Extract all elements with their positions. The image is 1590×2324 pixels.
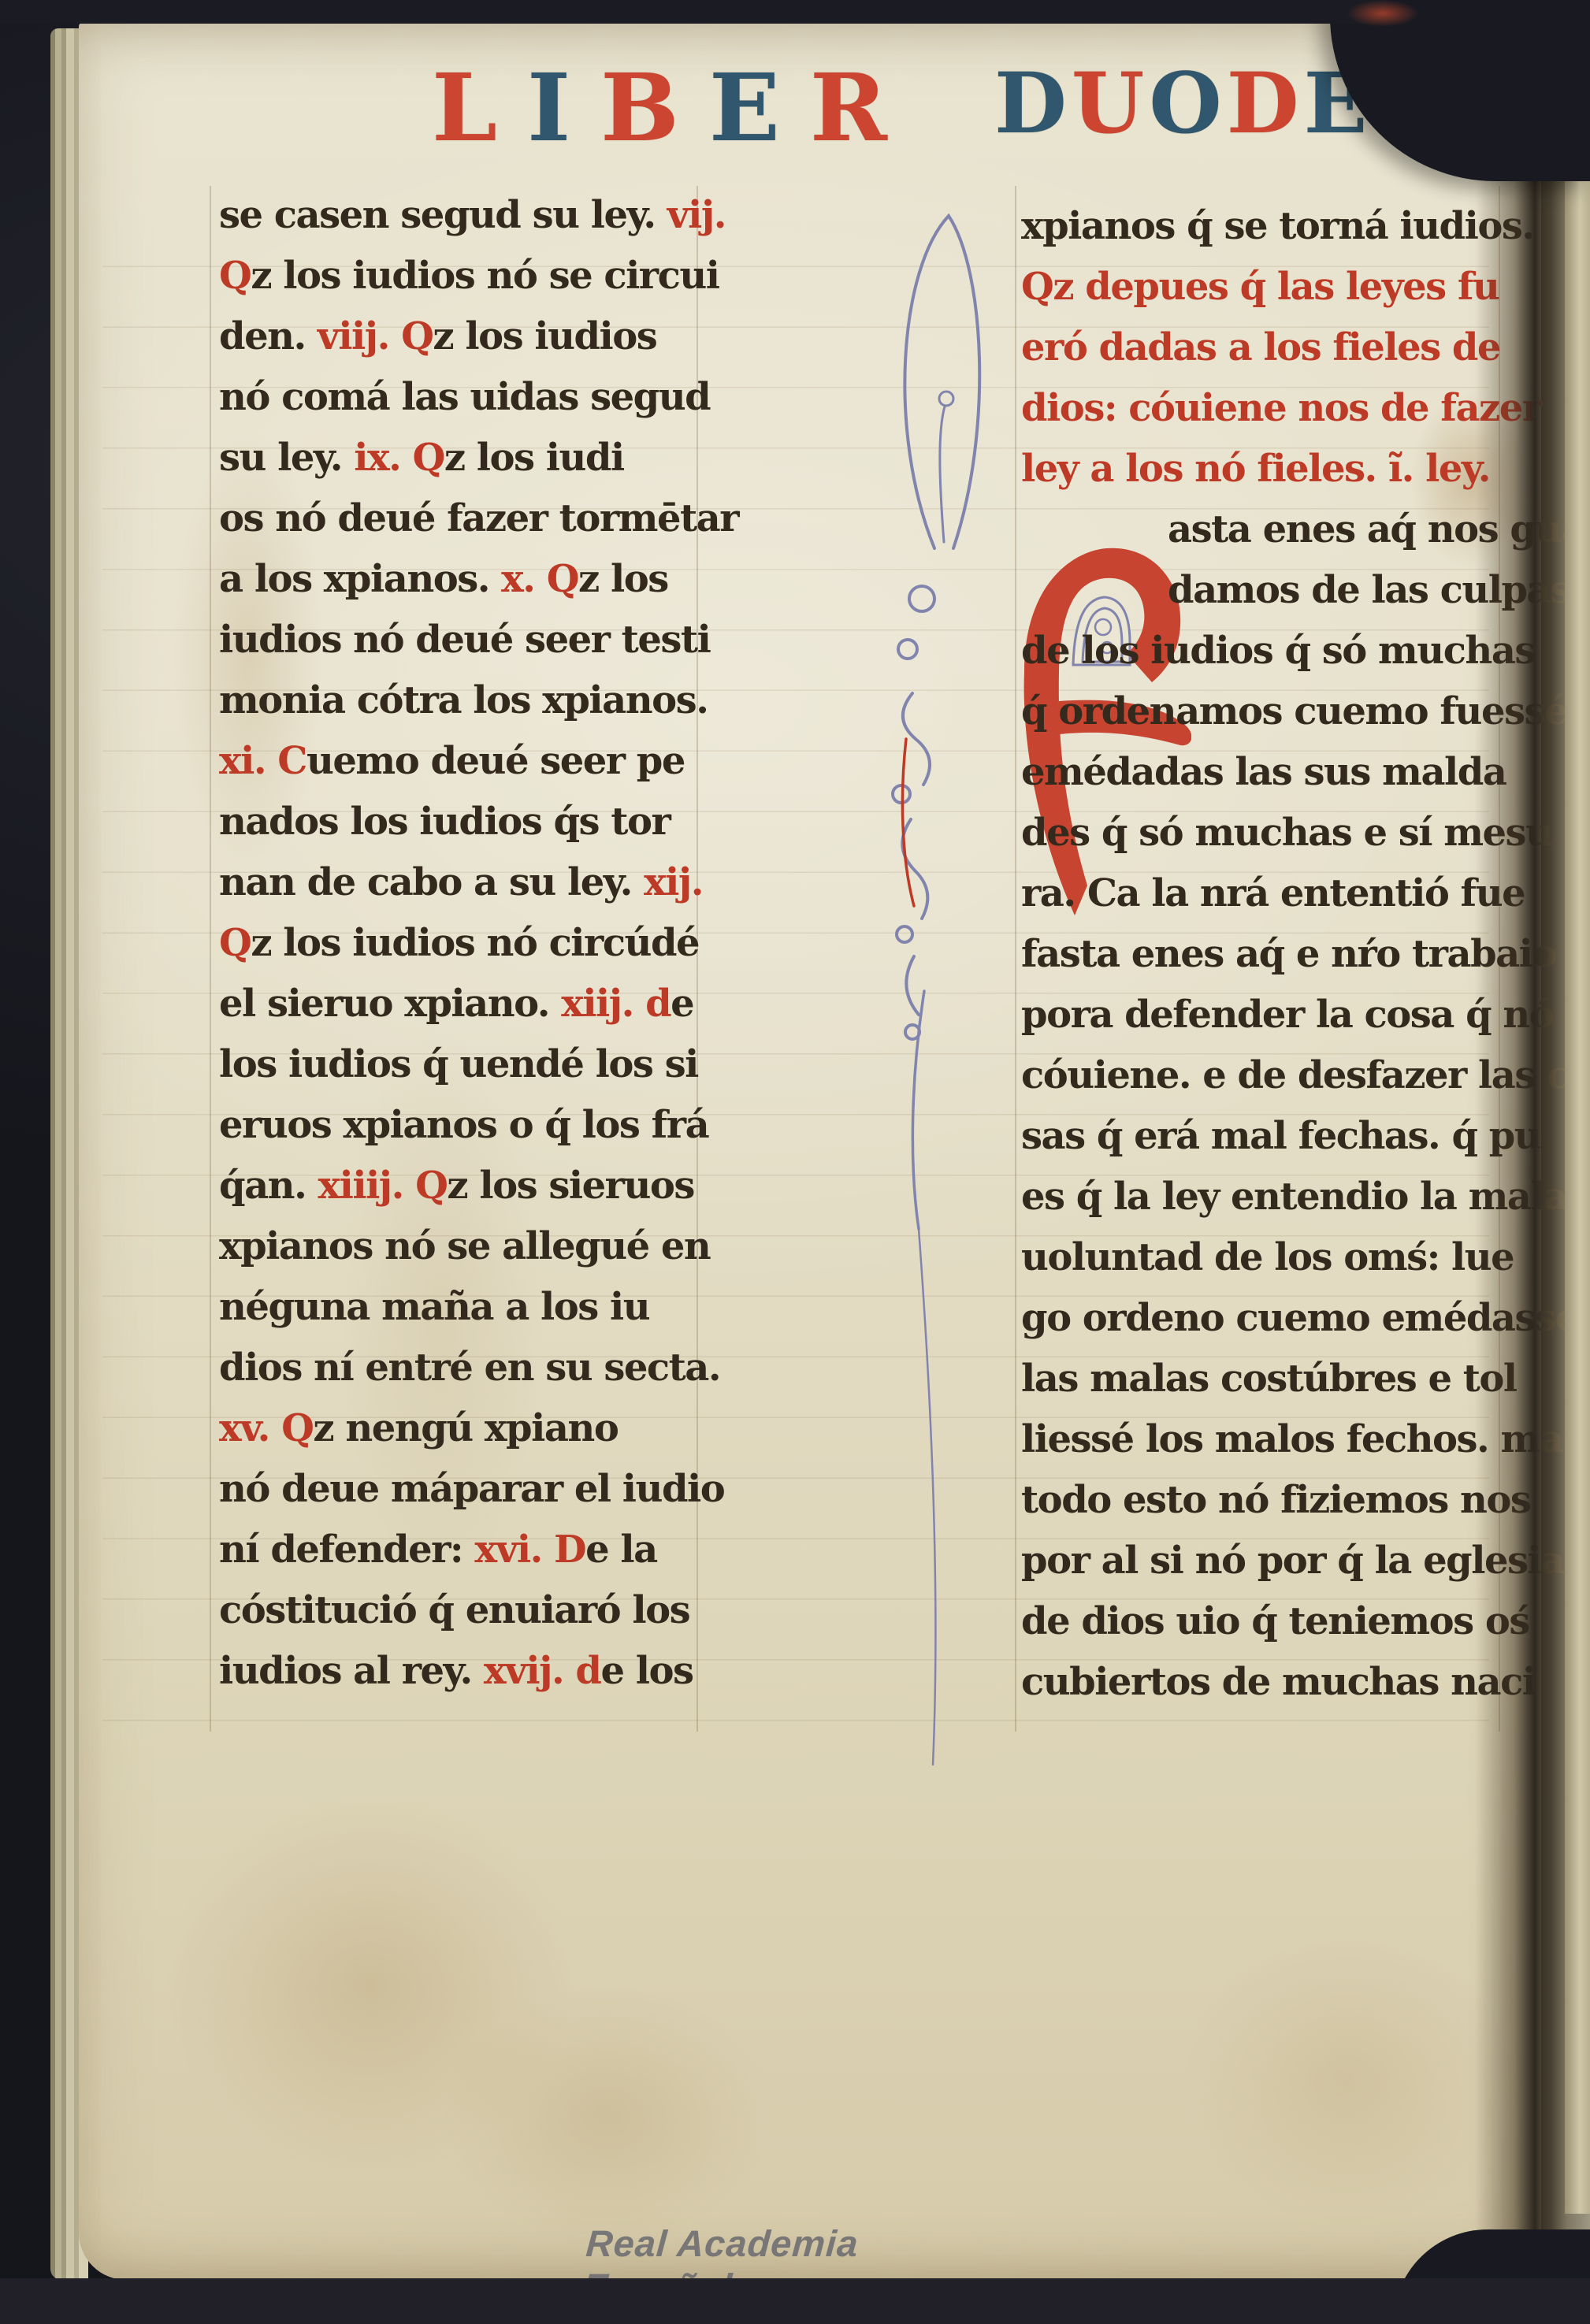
text-line: monia cótra los xpianos.	[219, 673, 708, 733]
text-line: Qz los iudios nó circúdé	[219, 915, 699, 976]
running-title-liber: LIBER	[432, 61, 917, 154]
decorated-capital: B	[600, 61, 709, 154]
ruling-line-vertical	[210, 186, 211, 1732]
facing-page-edge	[1565, 118, 1590, 2214]
text-line: nados los iudios q́s tor	[219, 794, 670, 855]
text-line: iudios nó deué seer testi	[219, 612, 710, 673]
text-line: den. viij. Qz los iudios	[219, 309, 656, 369]
column-left-table-of-laws: se casen segud su ley. vij.Qz los iudios…	[219, 187, 723, 1724]
photo-edge	[0, 0, 1387, 24]
text-line: se casen segud su ley. vij.	[219, 187, 726, 248]
text-line: xpianos nó se allegué en	[219, 1219, 710, 1279]
text-line: Qz los iudios nó se circui	[219, 248, 719, 309]
text-line: de dios uio q́ teniemos oś	[1021, 1594, 1529, 1654]
text-line: xpianos q́ se torná iudios.	[1021, 199, 1534, 259]
text-line: eruos xpianos o q́ los frá	[219, 1097, 708, 1158]
text-line: ní defender: xvi. De la	[219, 1522, 657, 1583]
decorated-capital: U	[1072, 61, 1149, 145]
text-line: néguna maña a los iu	[219, 1279, 649, 1340]
text-line: nó deue máparar el iudio	[219, 1461, 724, 1522]
text-line: el sieruo xpiano. xiij. de	[219, 976, 693, 1037]
text-line: ra. Ca la nrá ententió fue	[1021, 866, 1525, 926]
text-line: xv. Qz nengú xpiano	[219, 1401, 618, 1461]
red-stain	[1347, 0, 1418, 27]
decorated-capital: D	[994, 61, 1072, 145]
photo-edge	[0, 2278, 1590, 2324]
decorated-capital: E	[709, 61, 810, 154]
decorated-capital: R	[810, 61, 917, 154]
text-line: las malas costúbres e tol	[1021, 1351, 1517, 1412]
text-line: los iudios q́ uendé los si	[219, 1037, 698, 1097]
text-line: Qz depues q́ las leyes fu	[1021, 259, 1499, 320]
text-line: os nó deué fazer tormētar	[219, 491, 738, 551]
text-line: su ley. ix. Qz los iudi	[219, 430, 624, 491]
text-line: dios ní entré en su secta.	[219, 1340, 720, 1401]
text-line: nó comá las uidas segud	[219, 369, 710, 430]
text-line: q́an. xiiij. Qz los sieruos	[219, 1158, 694, 1219]
decorated-capital: O	[1149, 61, 1226, 145]
text-line: sas q́ erá mal fechas. q́ pu	[1021, 1108, 1540, 1169]
text-line: todo esto nó fiziemos nos	[1021, 1472, 1530, 1533]
column-right-law-text: xpianos q́ se torná iudios.Qz depues q́ …	[1021, 199, 1525, 1735]
text-line: iudios al rey. xvij. de los	[219, 1643, 693, 1704]
decorated-capital: L	[432, 61, 527, 154]
text-line: nan de cabo a su ley. xij.	[219, 855, 703, 915]
text-line: pora defender la cosa q́ nó	[1021, 987, 1553, 1048]
text-line: ley a los nó fieles. ĩ. ley.	[1021, 441, 1490, 502]
text-line: a los xpianos. x. Qz los	[219, 551, 668, 612]
text-line: xi. Cuemo deué seer pe	[219, 733, 685, 794]
text-line: de los iudios q́ só muchas	[1021, 623, 1535, 684]
pen-flourish-ornament	[865, 195, 1032, 1795]
decorated-capital: D	[1227, 61, 1304, 145]
text-line: cóstitució q́ enuiaró los	[219, 1583, 689, 1643]
text-line: emédadas las sus malda	[1021, 744, 1506, 805]
text-line: eró dadas a los fieles de	[1021, 320, 1500, 381]
text-line: dios: cóuiene nos de fazer	[1021, 381, 1541, 441]
text-line: uoluntad de los omś: lue	[1021, 1230, 1514, 1290]
decorated-capital: I	[527, 61, 600, 154]
text-line: des q́ só muchas e sí mesu	[1021, 805, 1551, 866]
text-line: cubiertos de muchas naci	[1021, 1654, 1536, 1715]
